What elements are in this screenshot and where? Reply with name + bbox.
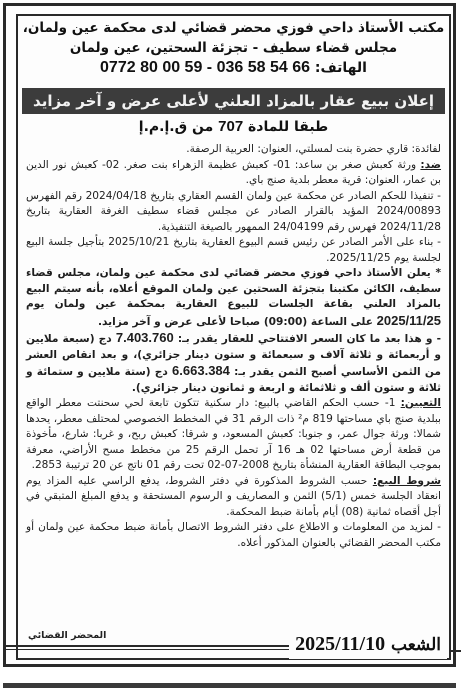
article-number: 707	[218, 118, 243, 135]
office-phone: الهاتف: 0772 80 00 59 - 036 58 54 66	[18, 58, 449, 78]
notice-body: لفائدة: قاري حضرة بنت لمسلتي، العنوان: ا…	[26, 142, 441, 551]
notice-title: إعلان ببيع عقار بالمزاد العلني لأعلى عرض…	[22, 88, 445, 114]
price-intro: - و هذا بعد ما كان السعر الافتتاحي للعقا…	[178, 333, 441, 345]
conditions-paragraph: شروط البيع: حسب الشروط المذكورة في دفتر …	[26, 474, 441, 521]
publication-footer: الشعب 2025/11/10	[0, 630, 467, 660]
requester-paragraph: لفائدة: قاري حضرة بنت لمسلتي، العنوان: ا…	[26, 142, 441, 158]
announcement-paragraph: * يعلن الأستاذ داحي فوزي محضر قضائي لدى …	[26, 266, 441, 330]
designation-label: التعيين:	[401, 397, 441, 409]
phone-label: الهاتف:	[315, 60, 367, 76]
announcement-tail: على الساعة (09:00) صباحا لأعلى عرض و آخر…	[98, 316, 373, 328]
notice-frame: مكتب الأستاذ داحي فوزي محضر قضائي لدى مح…	[16, 14, 451, 660]
publication-info: الشعب 2025/11/10	[289, 630, 447, 659]
office-name: مكتب الأستاذ داحي فوزي محضر قضائي لدى مح…	[18, 18, 449, 38]
legal-basis-suffix: من ق.إ.م.إ	[139, 119, 213, 135]
against-label: ضد:	[420, 159, 441, 171]
more-info-paragraph: - لمزيد من المعلومات و الاطلاع على دفتر …	[26, 520, 441, 551]
legal-basis: طبقا للمادة 707 من ق.إ.م.إ	[18, 116, 449, 138]
against-text: ورثة كعبش صغر بن ساعد: 01- كعبش عظيمة ال…	[26, 159, 441, 187]
footer-corner-bracket	[449, 636, 461, 652]
execution-paragraph-1: - تنفيذا للحكم الصادر عن محكمة عين ولمان…	[26, 189, 441, 236]
outer-frame: مكتب الأستاذ داحي فوزي محضر قضائي لدى مح…	[3, 3, 456, 667]
phone-numbers: 0772 80 00 59 - 036 58 54 66	[100, 59, 310, 76]
office-header: مكتب الأستاذ داحي فوزي محضر قضائي لدى مح…	[18, 18, 449, 78]
office-address: مجلس قضاء سطيف - تجزئة السحتين، عين ولما…	[18, 38, 449, 58]
publication-date: 2025/11/10	[295, 633, 385, 655]
execution-paragraph-2: - بناء على الأمر الصادر عن رئيس قسم البي…	[26, 235, 441, 266]
auction-date: 2025/11/25	[377, 313, 441, 328]
new-price: 6.663.384	[172, 363, 230, 378]
announcement-text: * يعلن الأستاذ داحي فوزي محضر قضائي لدى …	[26, 267, 441, 310]
page-bottom-edge	[3, 683, 456, 688]
designation-paragraph: التعيين: 1- حسب الحكم القاضي بالبيع: دار…	[26, 396, 441, 474]
against-paragraph: ضد: ورثة كعبش صغر بن ساعد: 01- كعبش عظيم…	[26, 158, 441, 189]
legal-basis-prefix: طبقا للمادة	[248, 119, 328, 135]
designation-text: 1- حسب الحكم القاضي بالبيع: دار سكنية تت…	[26, 397, 441, 471]
opening-price: 7.403.760	[116, 330, 174, 345]
newspaper-name: الشعب	[391, 635, 441, 655]
price-paragraph: - و هذا بعد ما كان السعر الافتتاحي للعقا…	[26, 330, 441, 396]
footer-rule	[4, 645, 307, 650]
conditions-label: شروط البيع:	[373, 475, 441, 487]
